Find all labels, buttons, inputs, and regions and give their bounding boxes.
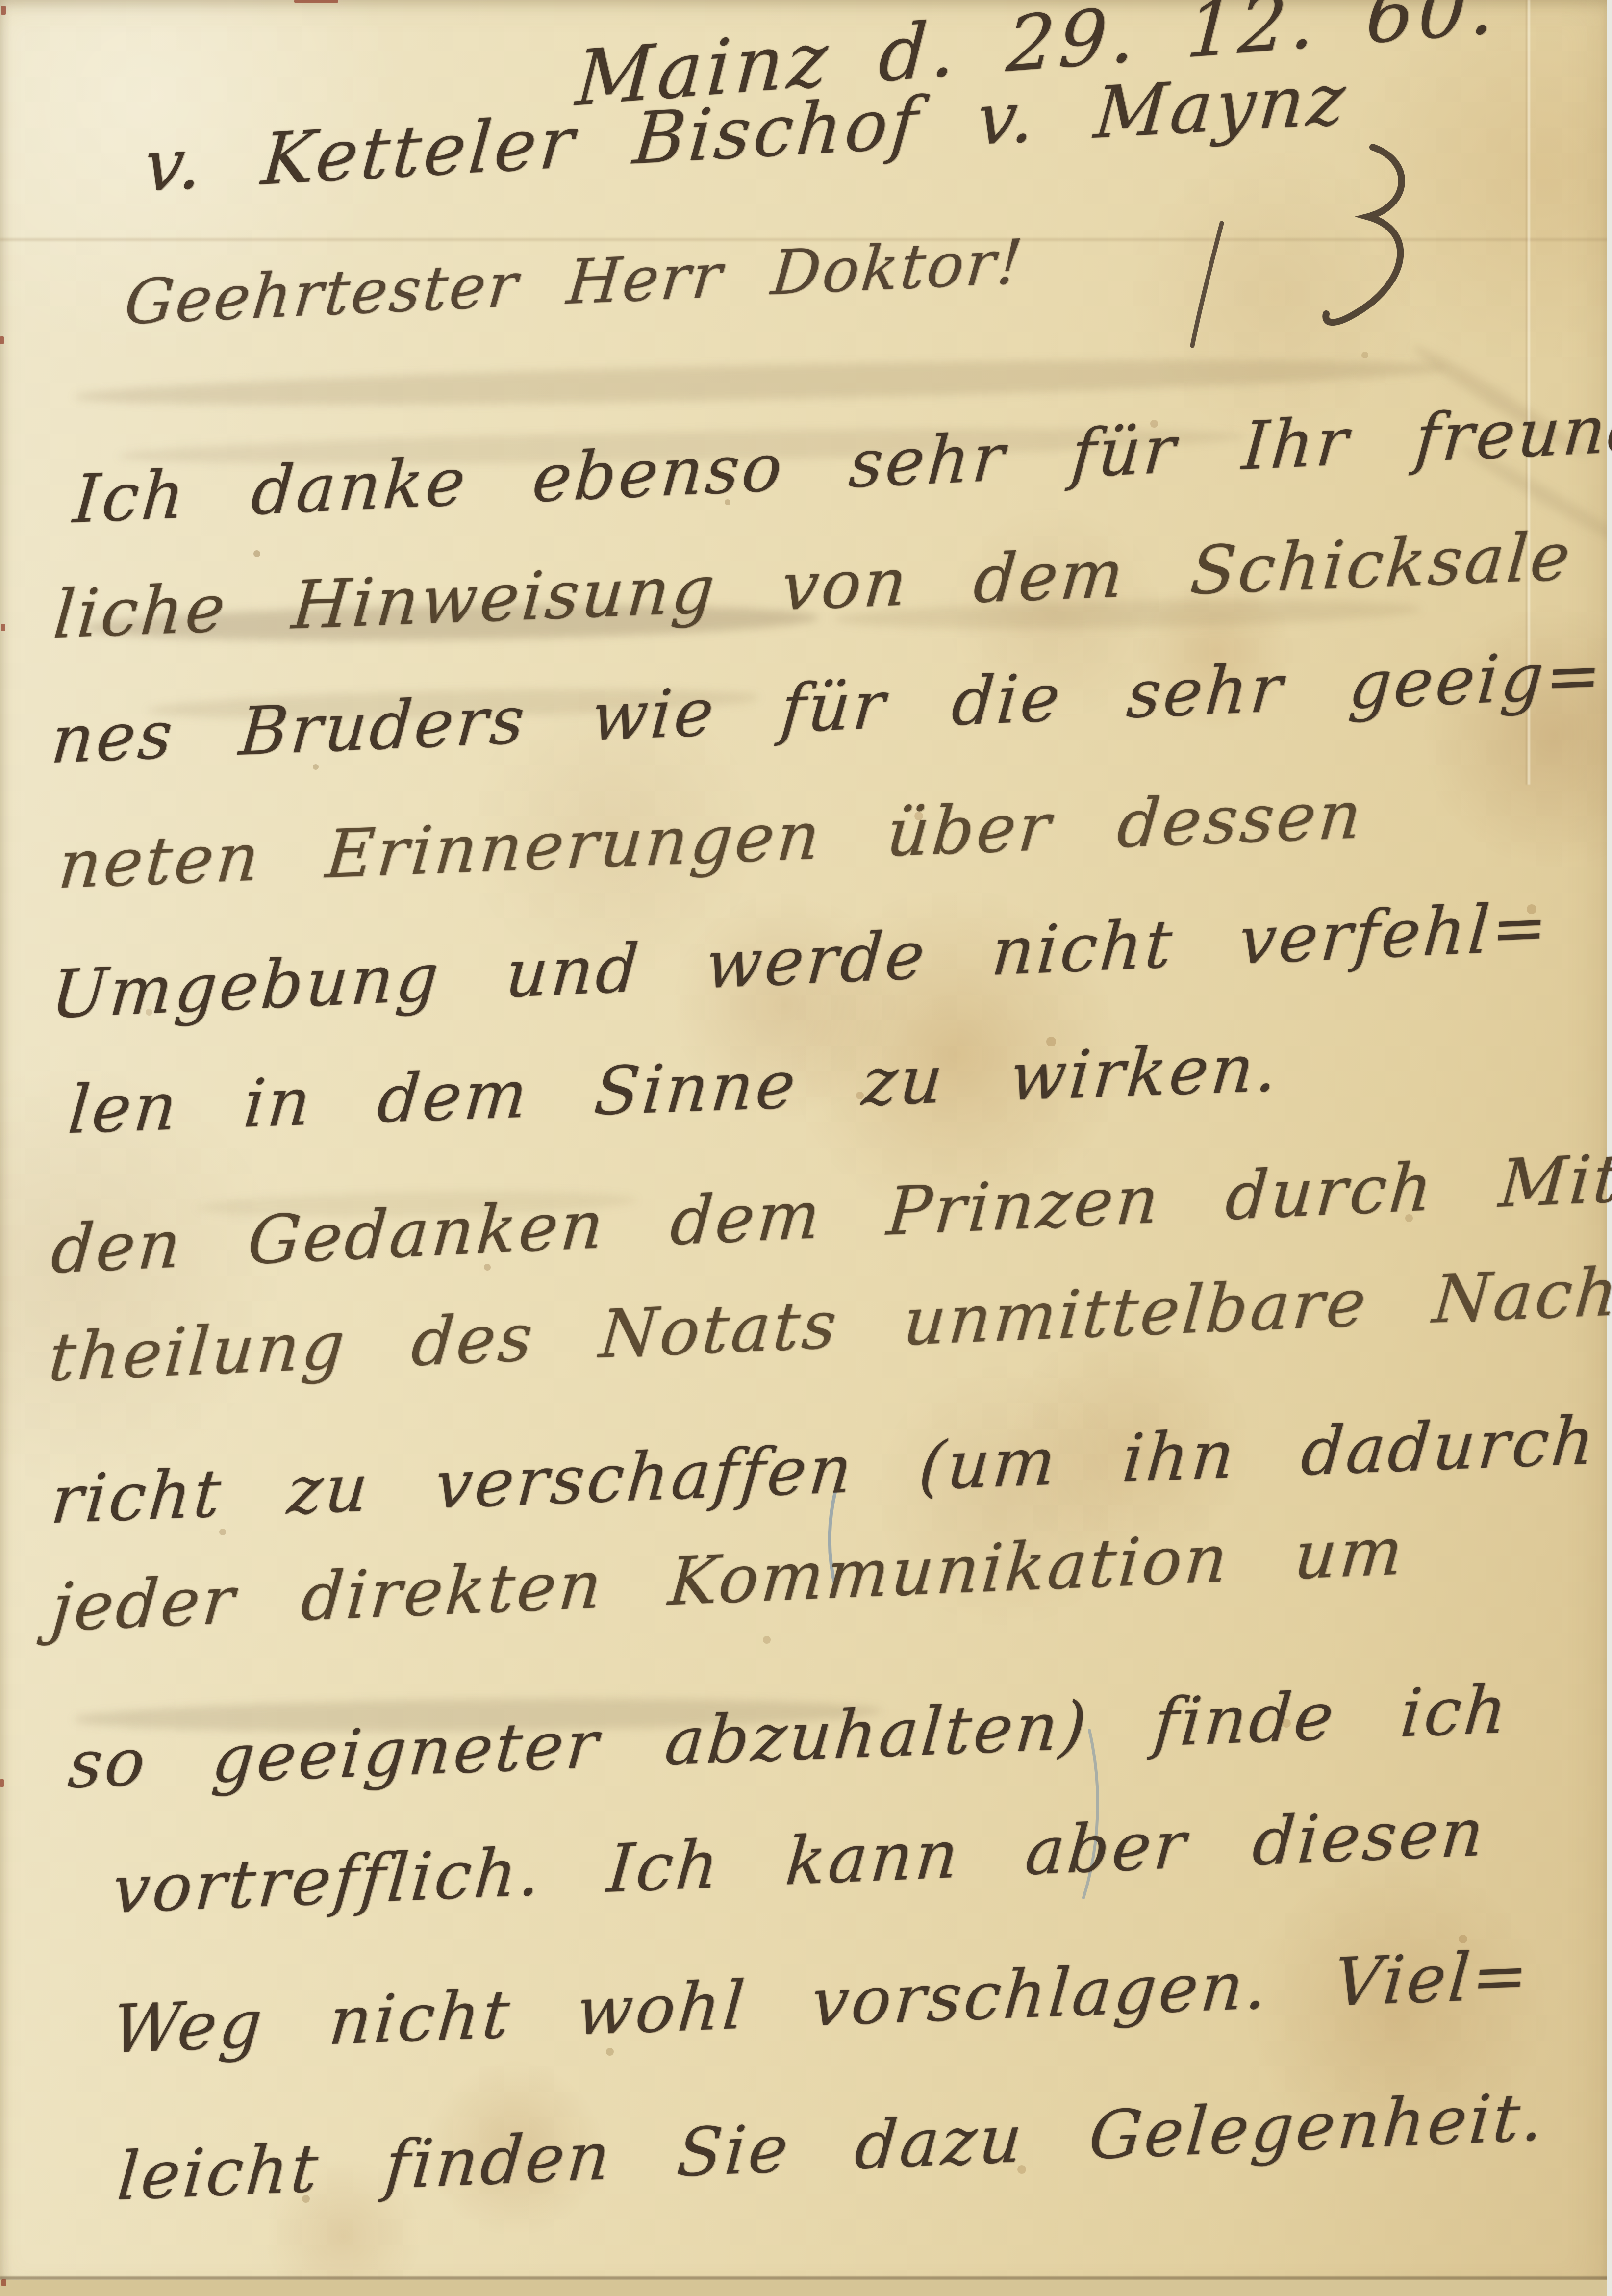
body-line-14: leicht finden Sie dazu Gelegenheit. (115, 2078, 1549, 2216)
body-line-10: jeder direkten Kommunikation um (49, 1512, 1408, 1646)
scan-bottom-edge-strip (0, 2280, 1612, 2296)
body-line-2: liche Hinweisung von dem Schicksale mei= (50, 508, 1612, 653)
scan-edge-artifact (1, 2279, 6, 2286)
body-line-6: len in dem Sinne zu wirken. (65, 1029, 1283, 1148)
scan-edge-artifact (1, 6, 6, 15)
scan-edge-artifact (294, 0, 338, 3)
body-line-4: neten Erinnerungen über dessen (55, 776, 1366, 903)
scan-edge-artifact (1, 624, 5, 631)
body-line-1: Ich danke ebenso sehr für Ihr freund= (71, 386, 1612, 538)
salutation: Geehrtester Herr Doktor! (122, 226, 1027, 338)
body-line-11: so geeigneter abzuhalten) finde ich (65, 1671, 1512, 1803)
body-line-12: vortrefflich. Ich kann aber diesen (110, 1793, 1489, 1928)
foxing-specks (0, 0, 4, 4)
signature-exclamation-stroke (1192, 223, 1222, 346)
letter-scan-page: Mainz d. 29. 12. 60. v. Ketteler Bischof… (0, 0, 1612, 2296)
body-line-3: nes Bruders wie für die sehr geeig= (49, 636, 1607, 778)
signature-z-swash (1326, 147, 1402, 322)
scan-edge-artifact (0, 1779, 4, 1787)
scan-edge-artifact (0, 336, 4, 344)
bleed-through-ghost (74, 351, 1447, 414)
body-line-13: Weg nicht wohl vorschlagen. Viel= (109, 1937, 1533, 2068)
body-line-5: Umgebung und werde nicht verfehl= (49, 888, 1553, 1033)
scan-bottom-edge-line (0, 2276, 1612, 2280)
